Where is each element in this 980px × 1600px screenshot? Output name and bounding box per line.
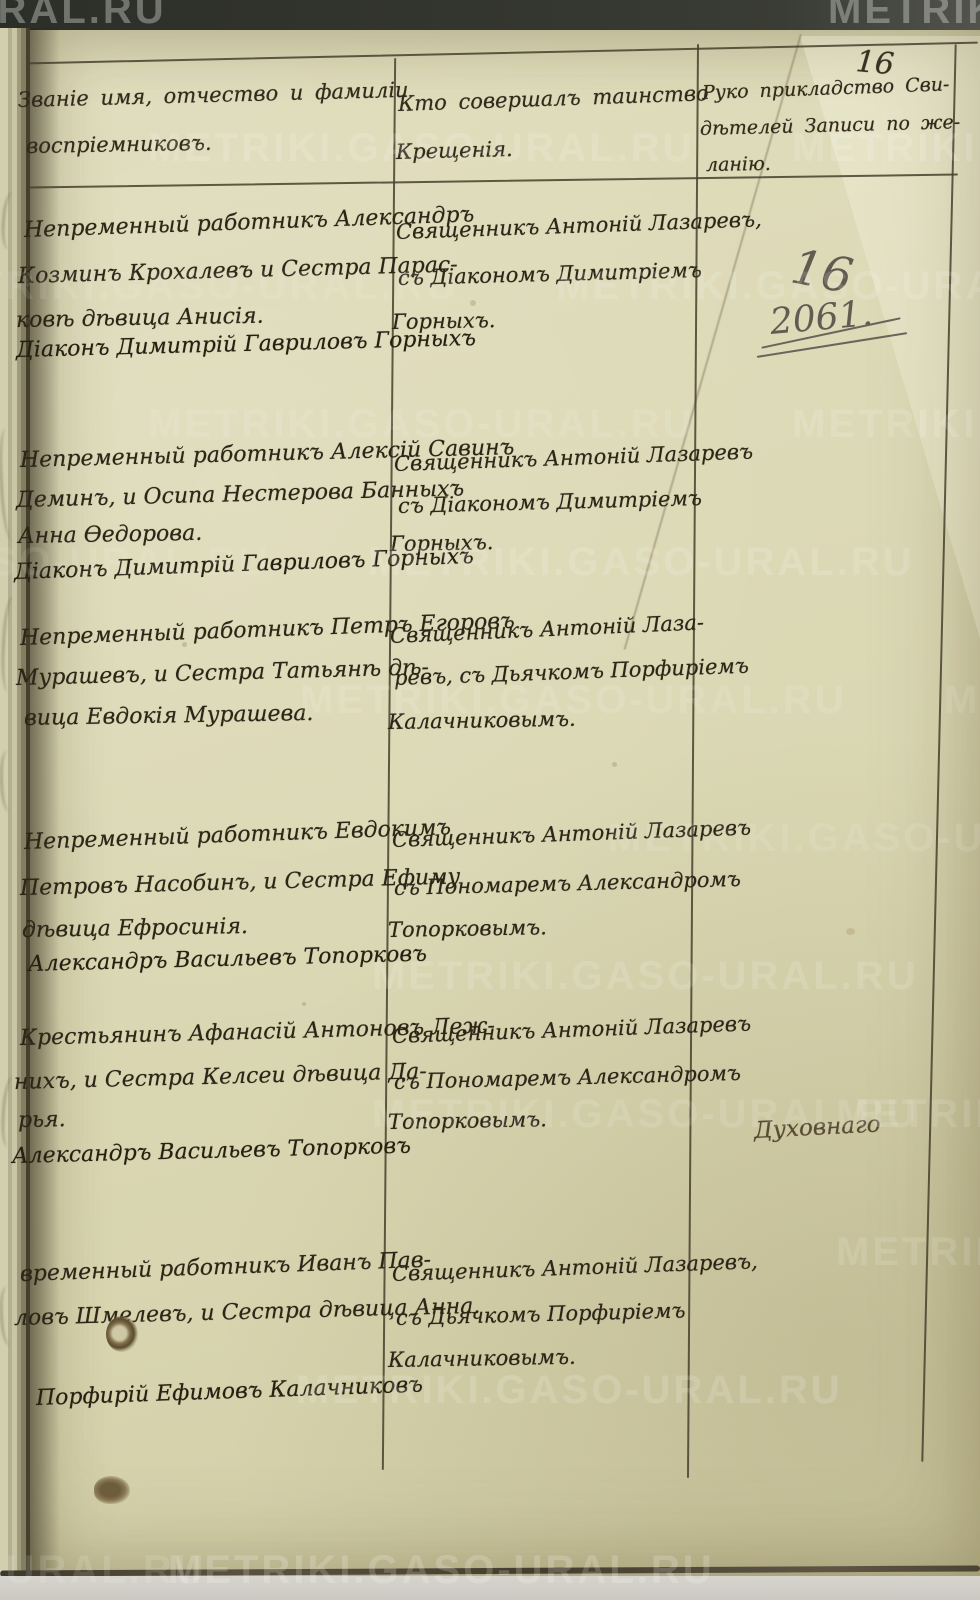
paper-hole (94, 1476, 130, 1504)
binding-gutter-shadow (30, 28, 60, 1578)
entry-3-officiant-line-3: Калачниковымъ. (388, 707, 576, 734)
paper-hole (106, 1316, 138, 1352)
paper-speck (612, 762, 617, 767)
entry-2-officiant-line-3: Горныхъ. (390, 530, 494, 556)
entry-2-godparents-line-3: Анна Ѳедорова. (18, 521, 203, 549)
entry-5-officiant-line-3: Топорковымъ. (388, 1107, 547, 1134)
header-officiant-line-2: Крещенія. (396, 137, 513, 164)
entry-4-godparents-line-3: дѣвица Ефросинія. (22, 914, 248, 943)
paper-speck (302, 1002, 306, 1006)
paper-speck (846, 928, 855, 935)
entry-4-officiant-line-3: Топорковымъ. (388, 915, 547, 942)
entry-1-officiant-line-3: Горныхъ. (392, 308, 496, 334)
entry-5-godparents-line-3: рья. (18, 1107, 66, 1133)
document-scan: 16 Званіе имя, отчество и фамиліи воспрі… (0, 0, 980, 1600)
header-witnesses-line-3: ланію. (706, 153, 771, 176)
underlying-sheet (0, 1576, 980, 1600)
entry-1-godparents-line-3: ковѣ дѣвица Анисія. (16, 304, 264, 333)
paper-speck (470, 300, 476, 306)
header-godparents-line-2: воспріемниковъ. (26, 131, 212, 158)
entry-3-godparents-line-3: вица Евдокія Мурашева. (24, 701, 314, 731)
entry-6-officiant-line-3: Калачниковымъ. (388, 1345, 576, 1372)
paper-speck (182, 642, 187, 647)
